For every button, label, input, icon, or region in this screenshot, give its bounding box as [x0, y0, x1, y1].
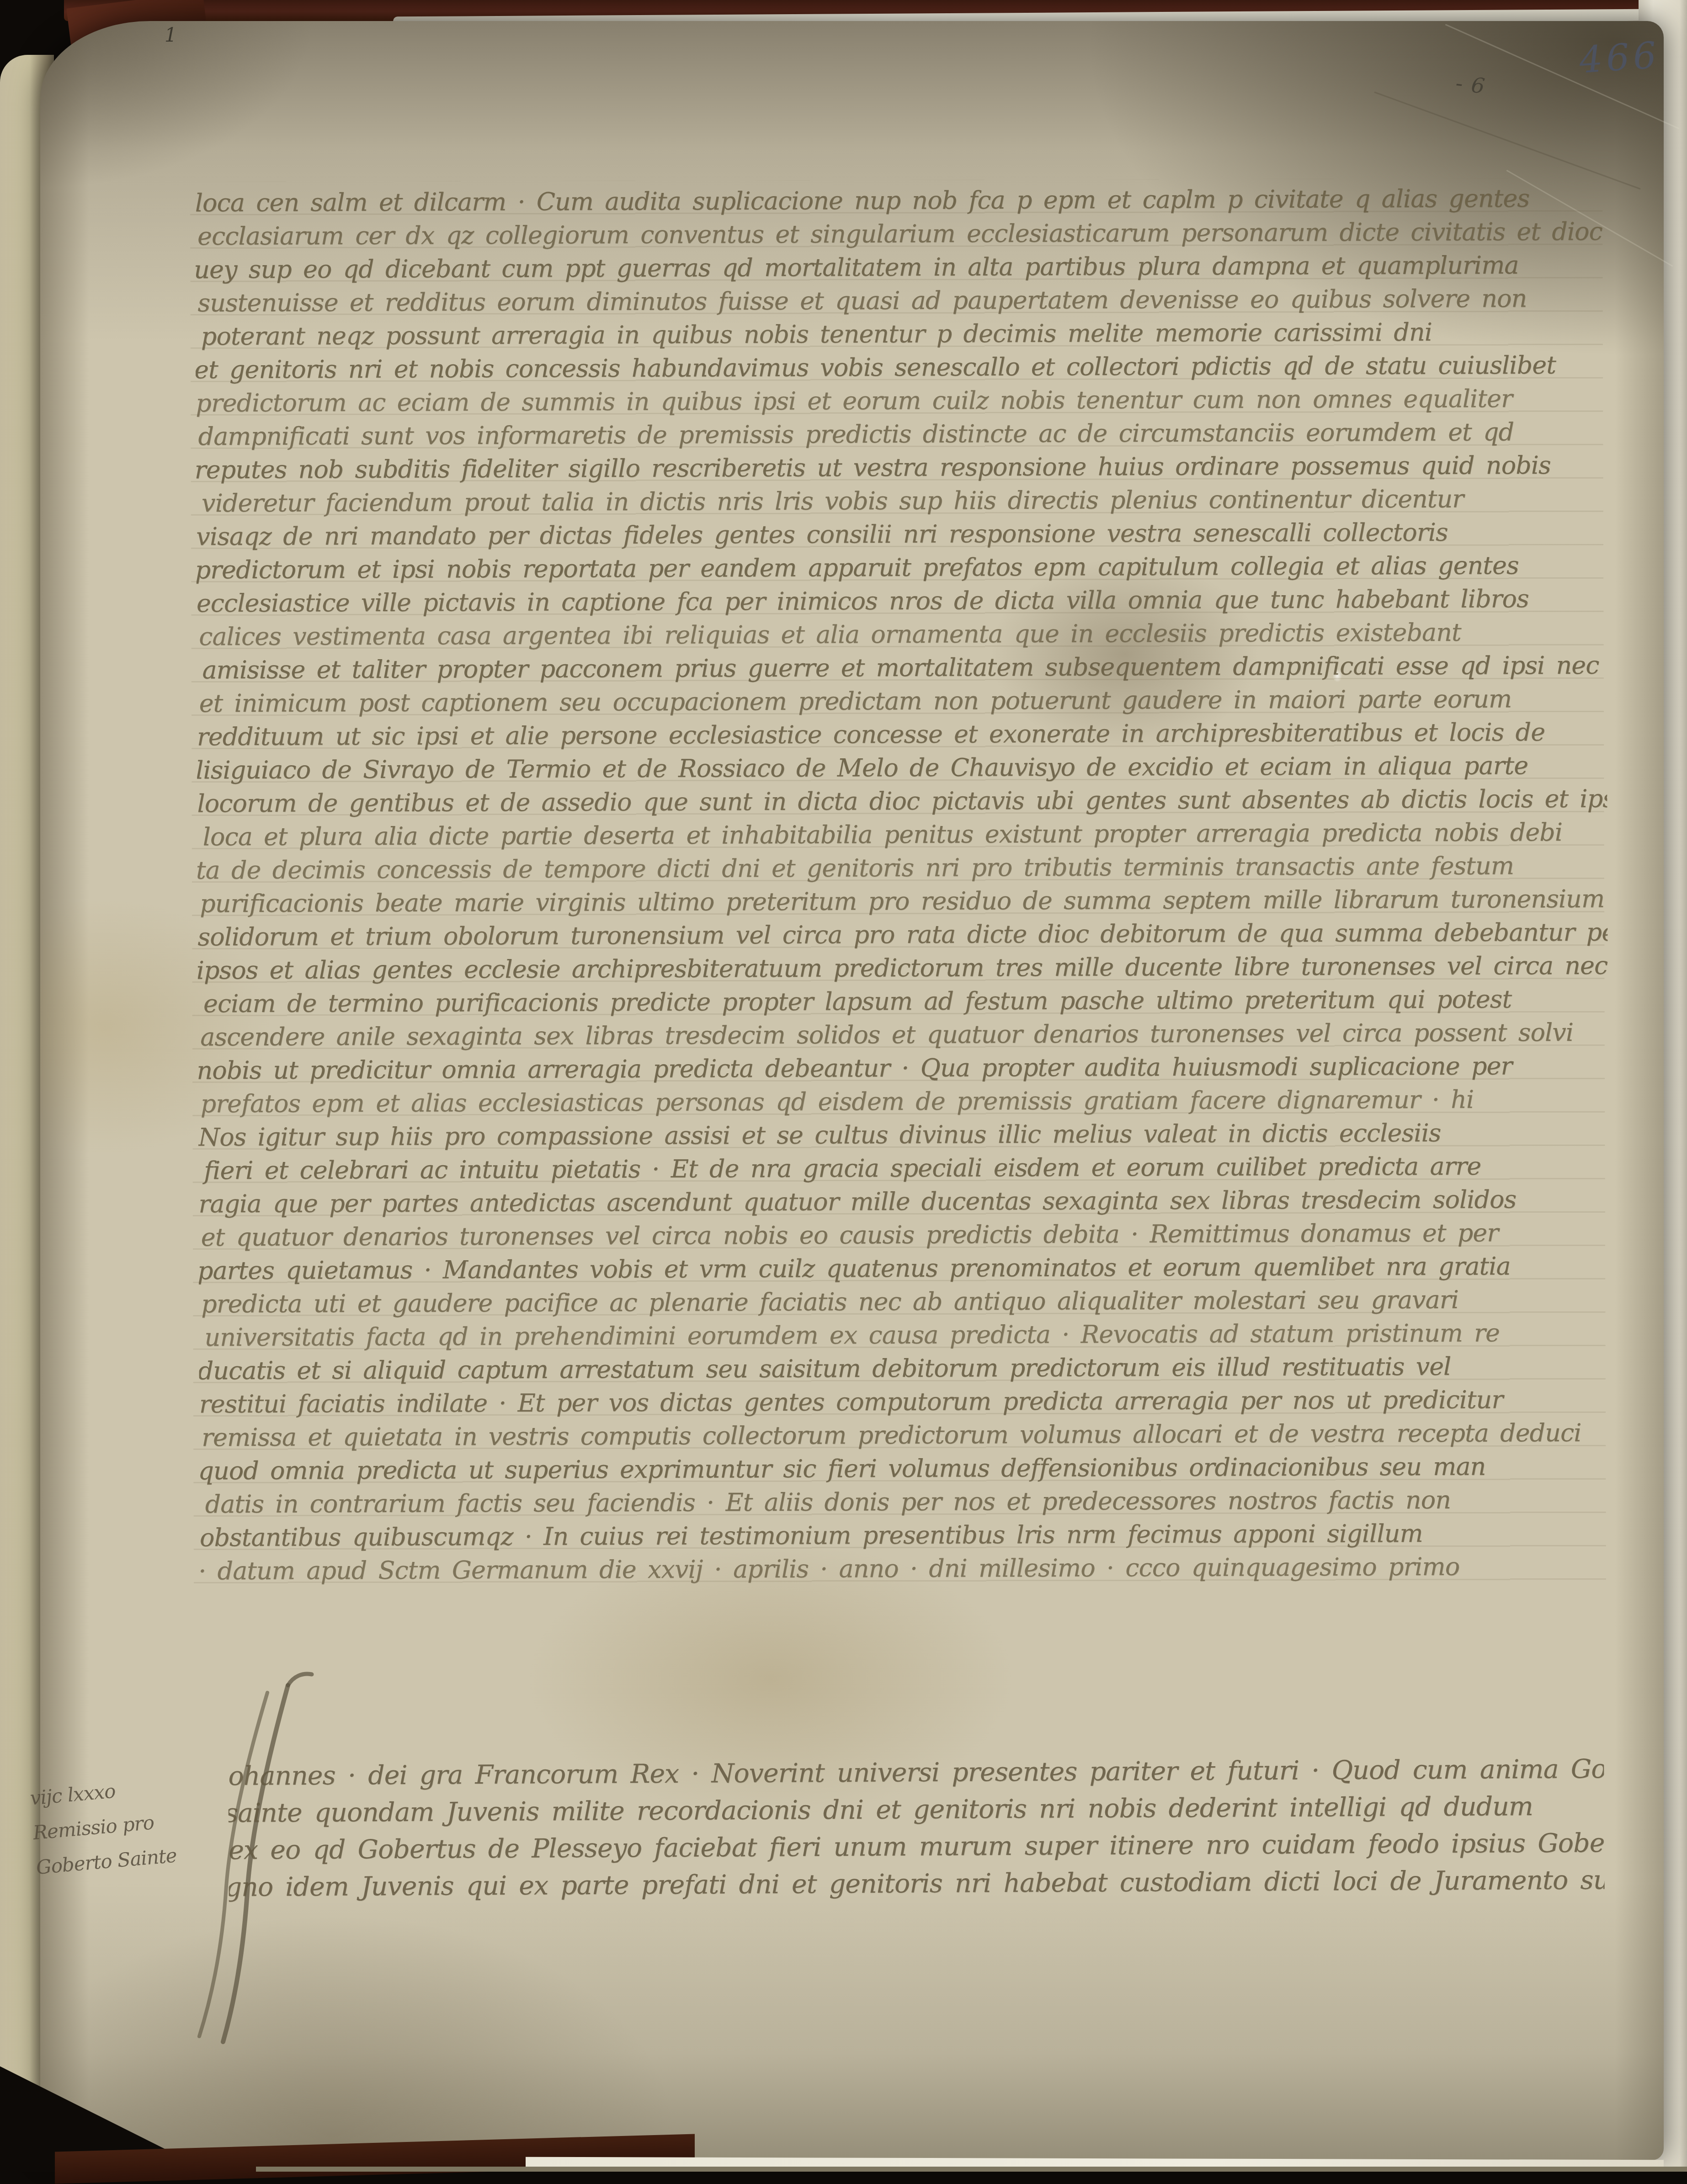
text-line: lisiguiaco de Sivrayo de Termio et de Ro…: [196, 749, 1606, 787]
text-line: universitatis facta qd in prehendimini e…: [204, 1316, 1610, 1354]
marginal-note: vijc lxxxoRemissio proGoberto Sainte: [29, 1768, 188, 1885]
text-line: ecclasiarum cer dx qz collegiorum conven…: [197, 215, 1607, 253]
text-line: sustenuisse et redditus eorum diminutos …: [197, 282, 1607, 320]
corner-annotation: - 6: [1454, 70, 1487, 99]
text-line: et genitoris nri et nobis concessis habu…: [195, 348, 1605, 387]
text-line: sainte quondam Juvenis milite recordacio…: [228, 1788, 1601, 1832]
text-line: nobis ut predicitur omnia arreragia pred…: [197, 1049, 1607, 1087]
text-line: poterant neqz possunt arreragia in quibu…: [201, 315, 1610, 353]
text-line: calices vestimenta casa argentea ibi rel…: [199, 615, 1609, 654]
folio-number: 466: [1578, 32, 1681, 81]
text-line: eciam de termino purificacionis predicte…: [203, 982, 1610, 1021]
text-line: uey sup eo qd dicebant cum ppt guerras q…: [195, 248, 1604, 287]
text-line: remissa et quietata in vestris computis …: [202, 1416, 1610, 1454]
table-edge-bottom: [256, 2167, 1687, 2172]
text-line: videretur faciendum prout talia in dicti…: [202, 482, 1610, 520]
text-line: predictorum et ipsi nobis reportata per …: [195, 549, 1605, 587]
text-line: Nos igitur sup hiis pro compassione assi…: [198, 1116, 1608, 1154]
text-line: partes quietamus · Mandantes vobis et vr…: [197, 1249, 1607, 1288]
text-line: loca cen salm et dilcarm · Cum audita su…: [195, 181, 1605, 220]
text-line: restitui faciatis indilate · Et per vos …: [199, 1383, 1609, 1421]
text-line: locorum de gentibus et de assedio que su…: [197, 782, 1607, 820]
text-line: prefatos epm et alias ecclesiasticas per…: [201, 1082, 1610, 1121]
main-text-block: loca cen salm et dilcarm · Cum audita su…: [195, 181, 1610, 1594]
text-line: amisisse et taliter propter pacconem pri…: [202, 649, 1610, 687]
text-line: ta de decimis concessis de tempore dicti…: [196, 849, 1606, 887]
edge-mark: 1: [165, 24, 177, 46]
text-line: visaqz de nri mandato per dictas fideles…: [196, 515, 1606, 554]
parchment-crease: [1374, 91, 1641, 190]
text-line: ecclesiastice ville pictavis in captione…: [197, 582, 1607, 620]
text-line: fieri et celebrari ac intuitu pietatis ·…: [204, 1149, 1610, 1188]
text-line: datis in contrarium factis seu faciendis…: [205, 1483, 1610, 1521]
text-line: ragia que per partes antedictas ascendun…: [198, 1183, 1608, 1221]
text-line: · datum apud Sctm Germanum die xxvij · a…: [198, 1550, 1608, 1588]
text-line: purificacionis beate marie virginis ulti…: [200, 882, 1610, 921]
text-line: ipsos et alias gentes ecclesie archipres…: [196, 949, 1606, 987]
text-line: ex eo qd Gobertus de Plesseyo faciebat f…: [229, 1825, 1604, 1869]
text-line: et quatuor denarios turonenses vel circa…: [201, 1216, 1610, 1254]
text-line: gno idem Juvenis qui ex parte prefati dn…: [228, 1862, 1601, 1906]
text-line: solidorum et trium obolorum turonensium …: [197, 916, 1607, 954]
text-line: predicta uti et gaudere pacifice ac plen…: [201, 1283, 1610, 1321]
text-line: dampnificati sunt vos informaretis de pr…: [198, 415, 1608, 453]
text-line: reddituum ut sic ipsi et alie persone ec…: [197, 715, 1607, 754]
text-line: loca et plura alia dicte partie deserta …: [202, 815, 1610, 854]
text-line: ascendere anile sexaginta sex libras tre…: [200, 1016, 1610, 1054]
text-line: predictorum ac eciam de summis in quibus…: [196, 382, 1606, 420]
text-line: ducatis et si aliquid captum arrestatum …: [198, 1349, 1608, 1388]
text-line: ohannes · dei gra Francorum Rex · Noveri…: [228, 1751, 1604, 1795]
text-line: et inimicum post captionem seu occupacio…: [199, 682, 1609, 720]
text-line: quod omnia predicta ut superius exprimun…: [198, 1449, 1608, 1488]
second-entry-block: ohannes · dei gra Francorum Rex · Noveri…: [228, 1751, 1605, 1913]
text-line: obstantibus quibuscumqz · In cuius rei t…: [200, 1516, 1610, 1555]
text-line: reputes nob subditis fideliter sigillo r…: [195, 448, 1605, 487]
manuscript-photo: 1 466 - 6 loca cen salm et dilcarm · Cum…: [0, 0, 1687, 2172]
